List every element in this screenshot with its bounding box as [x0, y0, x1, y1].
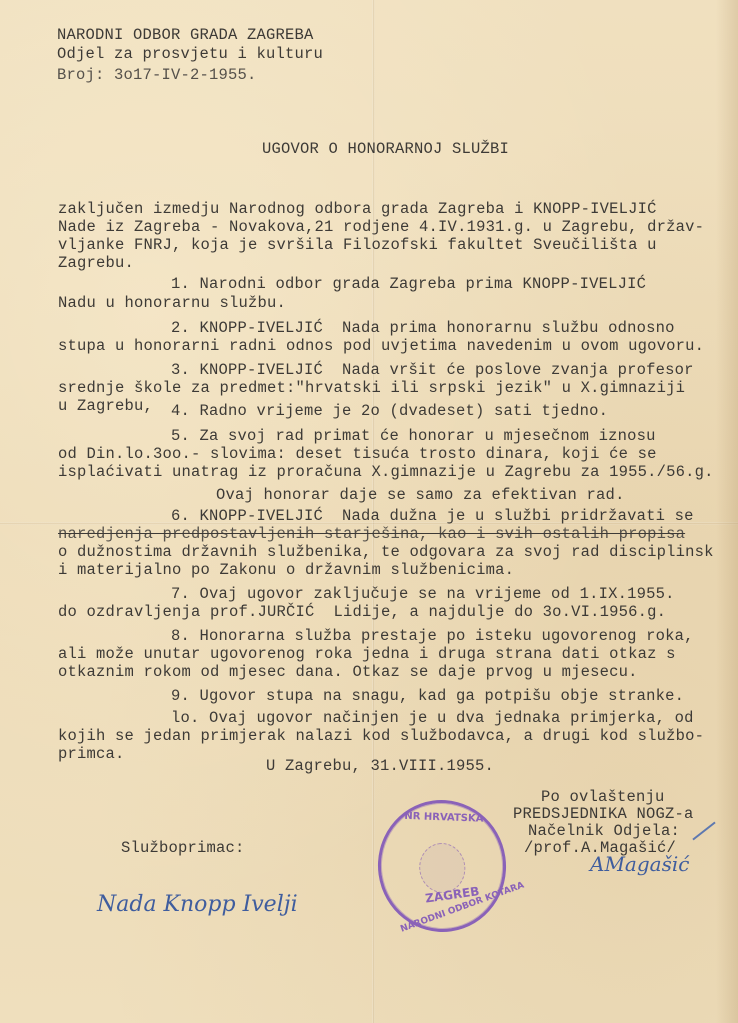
clause-2-line-1: 2. KNOPP-IVELJIĆ Nada prima honorarnu sl… — [171, 320, 675, 337]
clause-10-line-3: primca. — [58, 746, 125, 763]
clause-9: 9. Ugovor stupa na snagu, kad ga potpišu… — [171, 688, 684, 705]
clause-6-line-2-struck: naredjenja predpostavljenih starješina, … — [58, 526, 685, 543]
clause-10-line-2: kojih se jedan primjerak nalazi kod služ… — [58, 728, 704, 745]
clause-5-line-3: isplaćivati unatrag iz proračuna X.gimna… — [58, 464, 714, 481]
place-and-date: U Zagrebu, 31.VIII.1955. — [266, 758, 494, 775]
clause-10-line-1: lo. Ovaj ugovor načinjen je u dva jednak… — [171, 710, 694, 727]
clause-3-line-3: u Zagrebu, — [58, 398, 153, 415]
pen-stroke — [692, 822, 715, 841]
intro-line-2: Nade iz Zagreba - Novakova,21 rodjene 4.… — [58, 219, 704, 236]
clause-4: 4. Radno vrijeme je 2o (dvadeset) sati t… — [171, 403, 608, 420]
header-reference-number: Broj: 3o17-IV-2-1955. — [57, 67, 257, 84]
clause-1-line-2: Nadu u honorarnu službu. — [58, 295, 286, 312]
authority-line-3: Načelnik Odjela: — [528, 823, 680, 840]
intro-line-1: zaključen izmedju Narodnog odbora grada … — [58, 201, 657, 218]
clause-5-note: Ovaj honorar daje se samo za efektivan r… — [216, 487, 625, 504]
clause-6-line-3: o dužnostima državnih službenika, te odg… — [58, 544, 714, 561]
document-title: UGOVOR O HONORARNOJ SLUŽBI — [262, 141, 509, 158]
paper-edge-shadow — [716, 0, 738, 1023]
employee-signature: Nada Knopp Ivelji — [97, 892, 298, 917]
official-signature: AMagašić — [590, 852, 689, 876]
intro-line-4: Zagrebu. — [58, 255, 134, 272]
clause-8-line-1: 8. Honorarna služba prestaje po isteku u… — [171, 628, 694, 645]
clause-1-line-1: 1. Narodni odbor grada Zagreba prima KNO… — [171, 276, 646, 293]
official-stamp: NR HRVATSKA ZAGREB NARODNI ODBOR KOTARA — [369, 792, 514, 941]
clause-7-line-1: 7. Ovaj ugovor zaključuje se na vrijeme … — [171, 586, 675, 603]
authority-line-1: Po ovlaštenju — [541, 789, 665, 806]
stamp-top-text: NR HRVATSKA — [404, 811, 483, 825]
clause-7-line-2: do ozdravljenja prof.JURČIĆ Lidije, a na… — [58, 604, 666, 621]
clause-2-line-2: stupa u honorarni radni odnos pod uvjeti… — [58, 338, 704, 355]
clause-6-line-1: 6. KNOPP-IVELJIĆ Nada dužna je u službi … — [171, 508, 694, 525]
clause-5-line-2: od Din.lo.3oo.- slovima: deset tisuća tr… — [58, 446, 657, 463]
authority-line-2: PREDSJEDNIKA NOGZ-a — [513, 806, 694, 823]
clause-8-line-3: otkaznim rokom od mjesec dana. Otkaz se … — [58, 664, 638, 681]
employee-label: Služboprimac: — [121, 840, 245, 857]
clause-3-line-2: srednje škole za predmet:"hrvatski ili s… — [58, 380, 685, 397]
header-institution: NARODNI ODBOR GRADA ZAGREBA — [57, 27, 314, 44]
clause-6-line-4: i materijalno po Zakonu o državnim služb… — [58, 562, 514, 579]
clause-5-line-1: 5. Za svoj rad primat će honorar u mjese… — [171, 428, 656, 445]
clause-8-line-2: ali može unutar ugovorenog roka jedna i … — [58, 646, 676, 663]
document-page: NARODNI ODBOR GRADA ZAGREBA Odjel za pro… — [0, 0, 738, 1023]
header-department: Odjel za prosvjetu i kulturu — [57, 46, 323, 63]
intro-line-3: vljanke FNRJ, koja je svršila Filozofski… — [58, 237, 657, 254]
clause-3-line-1: 3. KNOPP-IVELJIĆ Nada vršit će poslove z… — [171, 362, 694, 379]
